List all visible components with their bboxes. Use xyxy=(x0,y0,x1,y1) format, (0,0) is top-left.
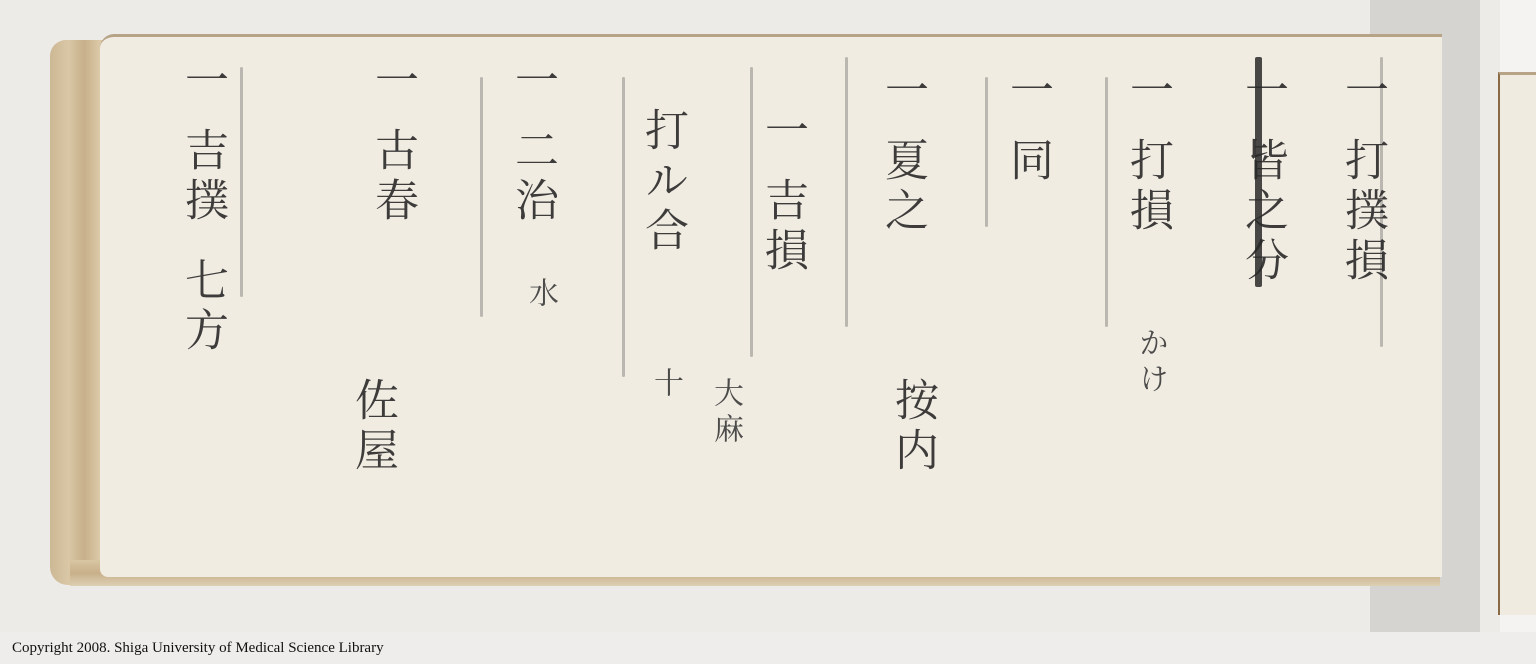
column-annotation: かけ xyxy=(1135,327,1165,399)
manuscript-book: 一 打撲損 一 皆之分 一 打損 かけ 一 同 一 夏之 按内 一 吉損 大麻 … xyxy=(50,32,1445,587)
copyright-notice: Copyright 2008. Shiga University of Medi… xyxy=(12,640,384,657)
column-text: 一 打撲損 xyxy=(1340,67,1384,287)
column-annotation: 十 xyxy=(650,367,680,403)
column-annotation: 佐屋 xyxy=(350,377,394,477)
column-text: 一 吉撲 xyxy=(180,57,224,227)
column-text: 一 二治 xyxy=(510,57,554,227)
column-text: 一 吉損 xyxy=(760,107,804,277)
column-text: 一 同 xyxy=(1005,67,1049,187)
column-text: 打ル合 xyxy=(640,107,684,257)
column-rule xyxy=(985,77,988,227)
column-text: 一 打損 xyxy=(1125,67,1169,237)
column-rule xyxy=(480,77,483,317)
facing-page xyxy=(1498,72,1536,615)
column-rule xyxy=(1105,77,1108,327)
column-text: 一 皆之分 xyxy=(1240,67,1284,287)
column-annotation: 水 xyxy=(525,277,555,313)
column-annotation: 按内 xyxy=(890,377,934,477)
column-rule xyxy=(240,67,243,297)
manuscript-page: 一 打撲損 一 皆之分 一 打損 かけ 一 同 一 夏之 按内 一 吉損 大麻 … xyxy=(100,34,1442,577)
column-rule xyxy=(845,57,848,327)
column-rule xyxy=(622,77,625,377)
column-text: 一 古春 xyxy=(370,57,414,227)
column-text: 一 夏之 xyxy=(880,67,924,237)
column-annotation: 七方 xyxy=(180,257,224,357)
column-rule xyxy=(750,67,753,357)
column-annotation: 大麻 xyxy=(710,377,740,449)
